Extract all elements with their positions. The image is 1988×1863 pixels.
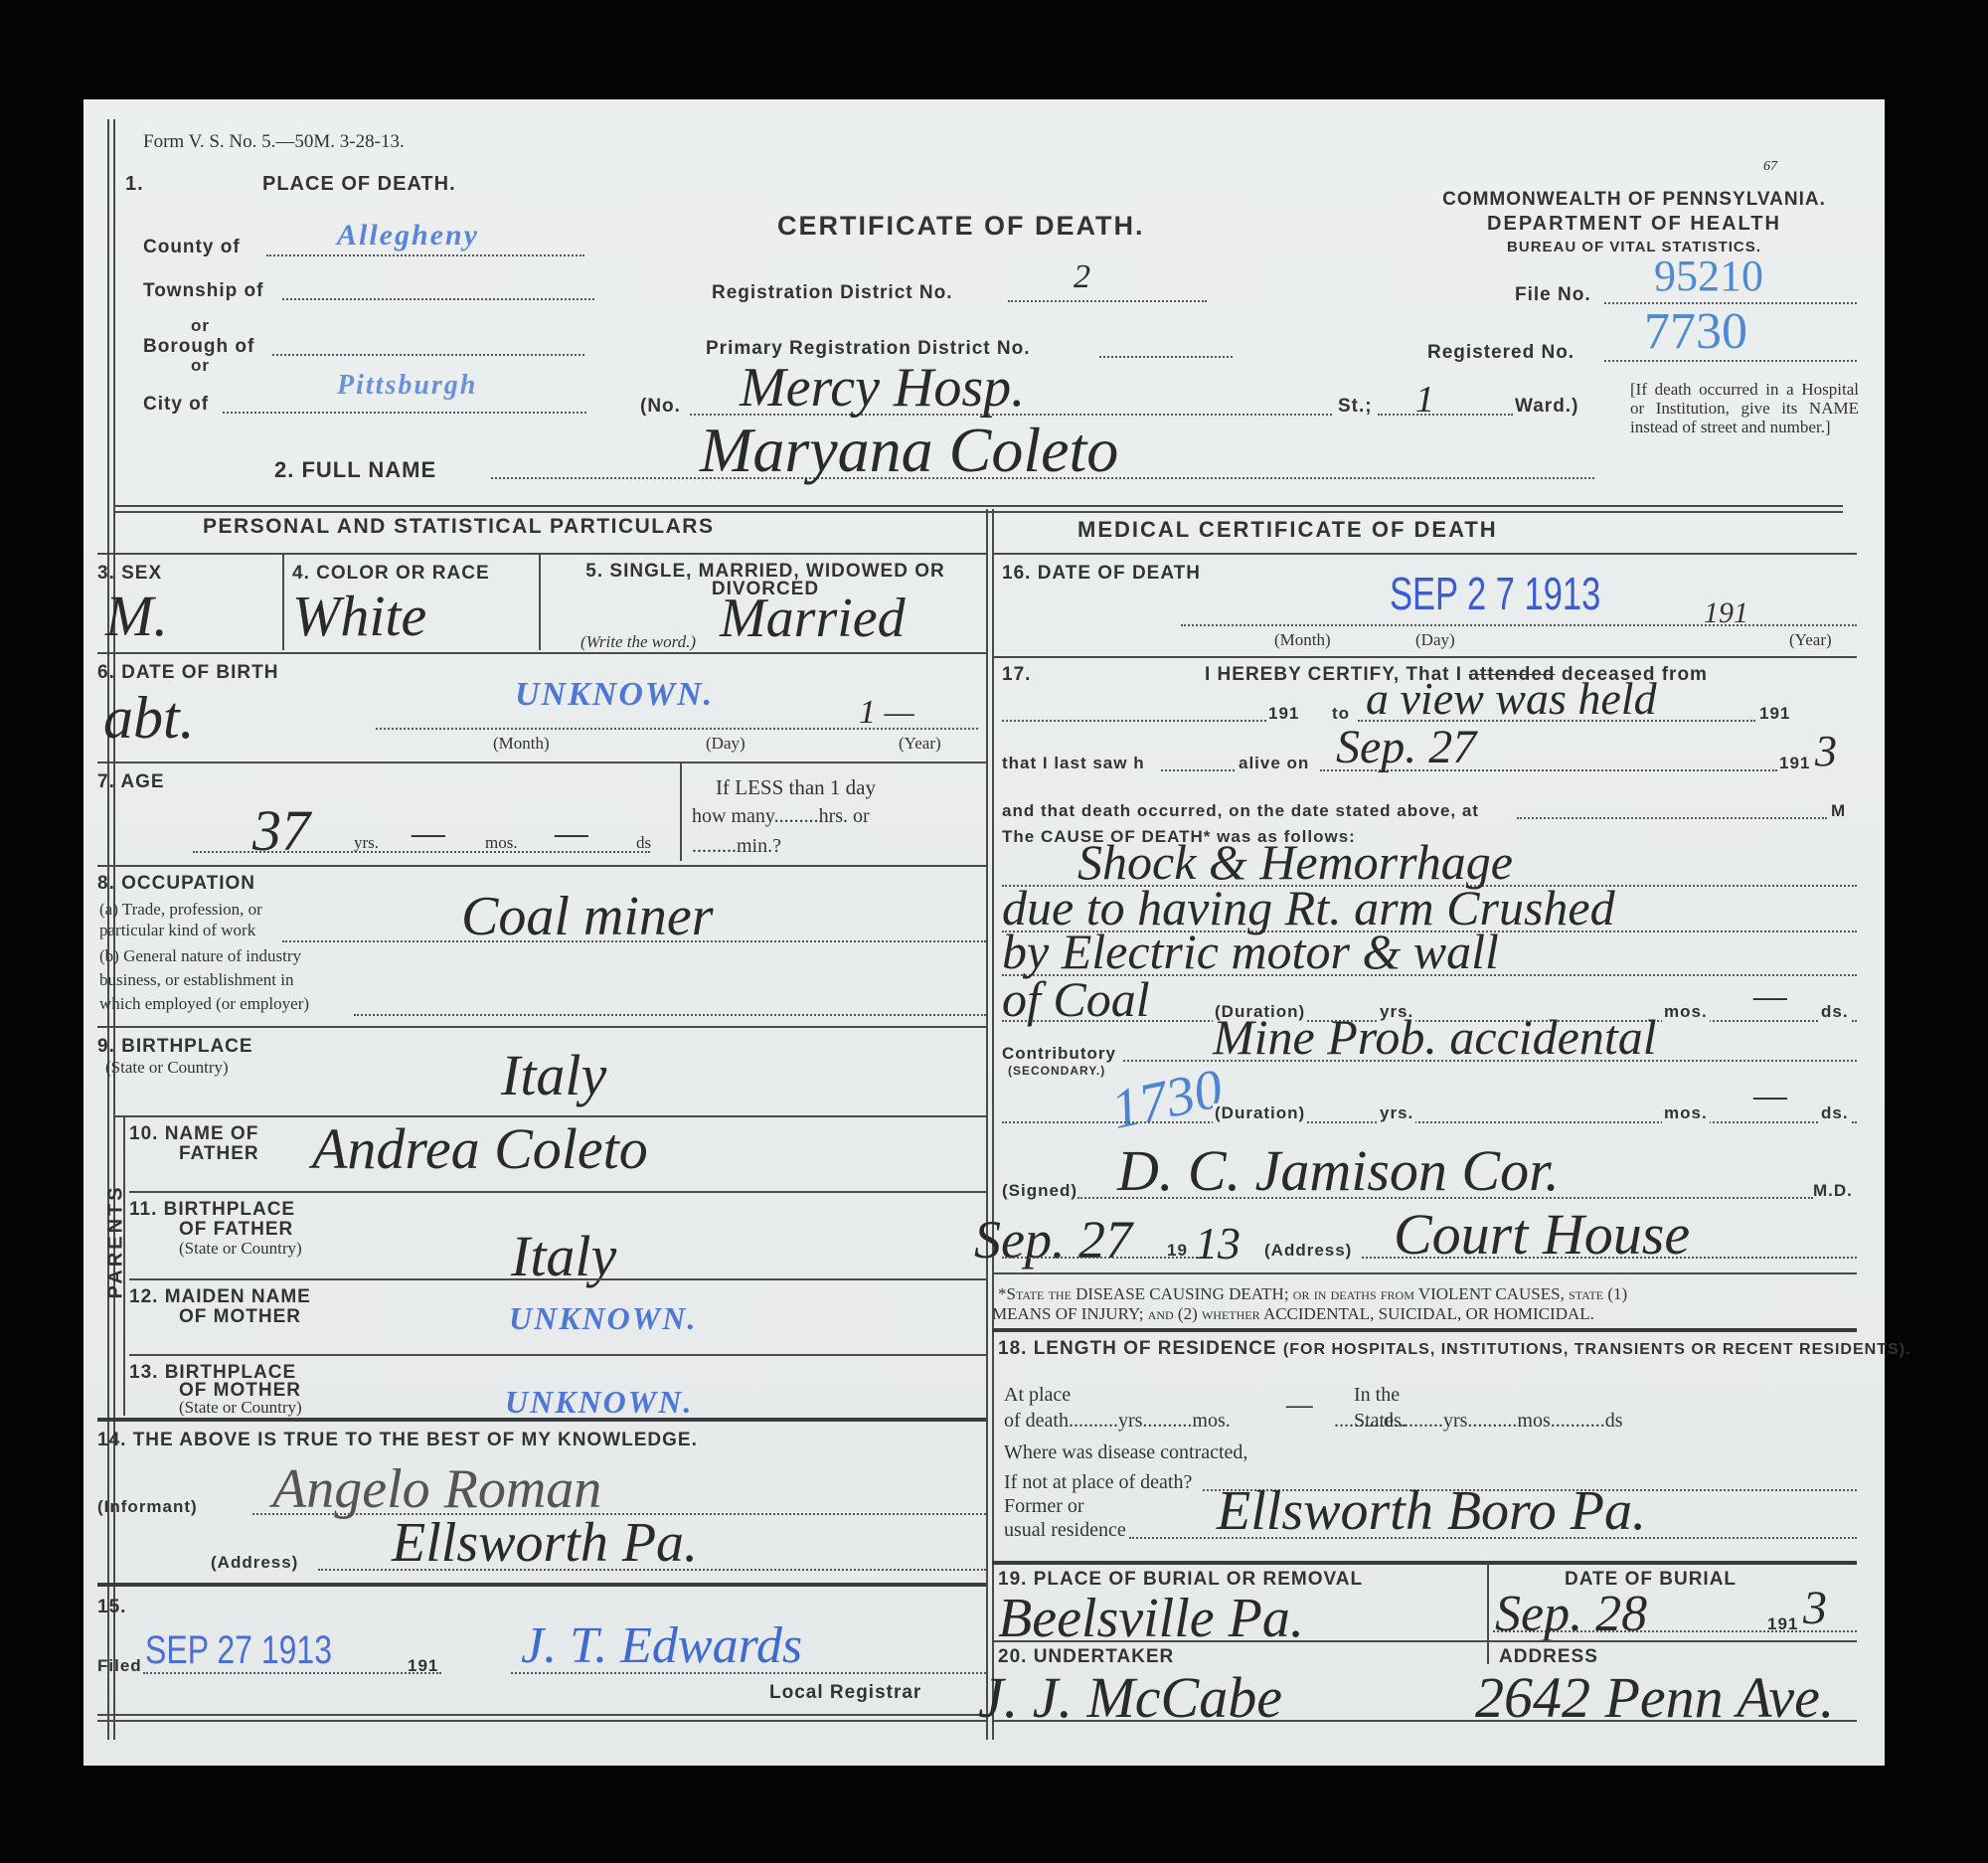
certify-number: 17. bbox=[1002, 664, 1031, 686]
sex-label: 3. SEX bbox=[97, 563, 162, 585]
at-place-line-2: of death..........yrs..........mos. bbox=[1004, 1410, 1231, 1433]
last-saw-label: that I last saw h bbox=[1002, 754, 1145, 773]
divider bbox=[992, 1328, 1857, 1332]
dod-label: 16. DATE OF DEATH bbox=[1002, 563, 1201, 585]
burial-date-value: Sep. 28 bbox=[1495, 1585, 1647, 1643]
borough-line bbox=[272, 354, 584, 356]
full-name-label: 2. FULL NAME bbox=[274, 457, 436, 483]
md-label: M.D. bbox=[1813, 1181, 1853, 1201]
or-label: or bbox=[191, 316, 210, 336]
marital-hint: (Write the word.) bbox=[580, 632, 696, 652]
mother-name-stamp: UNKNOWN. bbox=[509, 1300, 697, 1337]
county-line bbox=[266, 254, 584, 256]
county-label: County of bbox=[143, 237, 241, 258]
father-bp-label-2: OF FATHER bbox=[179, 1219, 293, 1241]
cause-value-4: of Coal bbox=[1002, 970, 1150, 1028]
occupation-b-line-3: which employed (or employer) bbox=[99, 994, 309, 1014]
street-label: St.; bbox=[1338, 396, 1373, 418]
informant-address-value: Ellsworth Pa. bbox=[392, 1511, 698, 1575]
mother-name-label-2: OF MOTHER bbox=[179, 1306, 301, 1328]
divider bbox=[992, 553, 1857, 555]
secondary-label: (SECONDARY.) bbox=[1008, 1064, 1105, 1078]
city-line bbox=[223, 412, 586, 414]
dob-stamp: UNKNOWN. bbox=[515, 676, 714, 714]
last-saw-year: 3 bbox=[1815, 726, 1837, 776]
divider bbox=[1487, 1563, 1489, 1664]
dob-year-mark: 1 — bbox=[859, 694, 914, 732]
contrib-mos-value: — bbox=[1753, 1074, 1787, 1117]
registered-no-label: Registered No. bbox=[1427, 342, 1574, 364]
bureau-heading: BUREAU OF VITAL STATISTICS. bbox=[1425, 239, 1843, 255]
former-residence-1: Former or bbox=[1004, 1495, 1084, 1518]
footnote-line-1: *State the DISEASE CAUSING DEATH; or in … bbox=[998, 1284, 1627, 1304]
employer-line bbox=[354, 1014, 986, 1016]
duration-mos-value: — bbox=[1753, 974, 1787, 1018]
city-value: Pittsburgh bbox=[337, 370, 477, 402]
death-certificate: Form V. S. No. 5.—50M. 3-28-13. 1. PLACE… bbox=[83, 99, 1885, 1766]
place-of-death-heading: PLACE OF DEATH. bbox=[262, 173, 456, 196]
where-contracted-1: Where was disease contracted, bbox=[1004, 1441, 1247, 1464]
divider bbox=[113, 505, 1843, 507]
residence-note: (FOR HOSPITALS, INSTITUTIONS, TRANSIENTS… bbox=[1283, 1341, 1911, 1358]
street-value: Mercy Hosp. bbox=[740, 356, 1025, 420]
last-saw-date: Sep. 27 bbox=[1336, 720, 1476, 774]
registration-district-value: 2 bbox=[1074, 258, 1090, 296]
occurred-line bbox=[1517, 817, 1827, 819]
city-label: City of bbox=[143, 394, 209, 416]
commonwealth-heading: COMMONWEALTH OF PENNSYLVANIA. bbox=[1425, 189, 1843, 211]
mother-name-label-1: 12. MAIDEN NAME bbox=[129, 1286, 311, 1308]
divider bbox=[992, 1561, 1857, 1565]
at-place-line-1: At place bbox=[1004, 1384, 1071, 1407]
certificate-title: CERTIFICATE OF DEATH. bbox=[777, 211, 1144, 242]
ward-label: Ward.) bbox=[1515, 396, 1578, 418]
birthplace-hint: (State or Country) bbox=[105, 1058, 229, 1078]
filed-stamp: SEP 27 1913 bbox=[145, 1628, 332, 1673]
where-contracted-2: If not at place of death? bbox=[1004, 1471, 1192, 1494]
occupation-label: 8. OCCUPATION bbox=[97, 873, 255, 895]
age-ds-label: ds bbox=[636, 833, 651, 853]
divider bbox=[129, 1354, 986, 1356]
primary-district-line bbox=[1099, 356, 1233, 358]
informant-label: (Informant) bbox=[97, 1497, 198, 1517]
divider bbox=[992, 1640, 1857, 1642]
occupation-value: Coal miner bbox=[461, 885, 714, 948]
age-mos-label: mos. bbox=[485, 833, 518, 853]
divider bbox=[97, 1583, 986, 1587]
divider bbox=[113, 511, 1843, 513]
corner-mark: 67 bbox=[1763, 159, 1777, 175]
occupation-a-line-2: particular kind of work bbox=[99, 921, 255, 940]
signed-year-prefix: 19 bbox=[1167, 1241, 1188, 1261]
last-saw-line bbox=[1161, 769, 1235, 771]
dod-line bbox=[1181, 624, 1857, 626]
less-day-line-2: how many.........hrs. or bbox=[692, 805, 870, 828]
to-year: 191 bbox=[1759, 704, 1790, 724]
divider bbox=[129, 1278, 986, 1280]
informant-address-label: (Address) bbox=[211, 1553, 298, 1573]
dob-year-label: (Year) bbox=[899, 734, 941, 754]
dob-prefix: abt. bbox=[103, 684, 195, 753]
to-value: a view was held bbox=[1366, 672, 1657, 725]
contributory-value: Mine Prob. accidental bbox=[1213, 1008, 1657, 1066]
physician-address-label: (Address) bbox=[1264, 1241, 1352, 1261]
divider bbox=[129, 1191, 986, 1193]
from-line bbox=[1002, 720, 1266, 722]
former-residence-2: usual residence bbox=[1004, 1519, 1126, 1542]
department-heading: DEPARTMENT OF HEALTH bbox=[1425, 213, 1843, 236]
dod-day-label: (Day) bbox=[1415, 630, 1455, 650]
dob-month-label: (Month) bbox=[493, 734, 550, 754]
former-residence-value: Ellsworth Boro Pa. bbox=[1217, 1479, 1646, 1543]
footnote-line-2: MEANS OF INJURY; and (2) whether ACCIDEN… bbox=[992, 1304, 1594, 1324]
full-name-value: Maryana Coleto bbox=[700, 414, 1118, 487]
divider bbox=[680, 762, 682, 861]
divider bbox=[97, 553, 986, 555]
mother-bp-hint: (State or Country) bbox=[179, 1398, 302, 1418]
occurred-m: M bbox=[1831, 801, 1846, 821]
contrib-duration-label: (Duration) bbox=[1213, 1103, 1307, 1123]
age-label: 7. AGE bbox=[97, 771, 165, 793]
race-label: 4. COLOR OR RACE bbox=[292, 563, 490, 585]
section-1-number: 1. bbox=[125, 173, 144, 196]
contrib-yrs-label: yrs. bbox=[1378, 1103, 1415, 1123]
hospital-note: [If death occurred in a Hospital or Inst… bbox=[1630, 380, 1859, 436]
file-no-label: File No. bbox=[1515, 284, 1591, 306]
contrib-mos-label: mos. bbox=[1662, 1103, 1710, 1123]
county-value: Allegheny bbox=[337, 219, 479, 253]
divider bbox=[97, 1418, 986, 1422]
signed-date: Sep. 27 bbox=[974, 1209, 1132, 1270]
registered-no-value: 7730 bbox=[1644, 302, 1747, 361]
father-bp-hint: (State or Country) bbox=[179, 1239, 302, 1259]
contributory-label: Contributory bbox=[1002, 1044, 1116, 1064]
divider bbox=[539, 553, 541, 650]
column-divider bbox=[992, 509, 994, 1740]
physician-signature: D. C. Jamison Cor. bbox=[1117, 1137, 1560, 1204]
alive-on-label: alive on bbox=[1239, 754, 1309, 773]
divider bbox=[992, 1720, 1857, 1722]
dod-year-label: (Year) bbox=[1789, 630, 1832, 650]
occurred-text: and that death occurred, on the date sta… bbox=[1002, 801, 1479, 821]
divider bbox=[992, 1272, 1857, 1274]
or-label: or bbox=[191, 356, 210, 376]
age-months: — bbox=[412, 811, 445, 855]
age-days: — bbox=[555, 811, 588, 855]
duration-mos-label: mos. bbox=[1662, 1002, 1710, 1022]
borough-label: Borough of bbox=[143, 336, 254, 358]
father-name-label-1: 10. NAME OF bbox=[129, 1123, 258, 1145]
dod-year-prefix: 191 bbox=[1704, 596, 1748, 630]
duration-ds-label: ds. bbox=[1819, 1002, 1851, 1022]
file-no-value: 95210 bbox=[1654, 251, 1763, 301]
personal-heading: PERSONAL AND STATISTICAL PARTICULARS bbox=[203, 515, 714, 539]
dod-stamp: SEP 2 7 1913 bbox=[1390, 567, 1600, 620]
dob-label: 6. DATE OF BIRTH bbox=[97, 662, 278, 684]
occupation-b-line-1: (b) General nature of industry bbox=[99, 946, 301, 966]
ward-line bbox=[1378, 414, 1513, 416]
sex-value: M. bbox=[105, 583, 168, 649]
contrib-ds-label: ds. bbox=[1819, 1103, 1851, 1123]
contributory-duration-line bbox=[1002, 1121, 1857, 1123]
medical-heading: MEDICAL CERTIFICATE OF DEATH bbox=[1077, 517, 1498, 543]
residence-heading: 18. LENGTH OF RESIDENCE bbox=[998, 1338, 1277, 1359]
burial-year-prefix: 191 bbox=[1767, 1614, 1798, 1634]
father-bp-label-1: 11. BIRTHPLACE bbox=[129, 1199, 295, 1221]
last-saw-year-prefix: 191 bbox=[1779, 754, 1810, 773]
occupation-a-line-1: (a) Trade, profession, or bbox=[99, 899, 262, 921]
age-years: 37 bbox=[252, 797, 310, 864]
less-day-line-3: .........min.? bbox=[692, 835, 781, 858]
marital-value: Married bbox=[720, 587, 906, 650]
column-divider bbox=[986, 509, 988, 1740]
in-state-line-1: In the bbox=[1354, 1384, 1400, 1407]
section-15-number: 15. bbox=[97, 1597, 126, 1618]
race-value: White bbox=[292, 583, 426, 649]
ward-value: 1 bbox=[1415, 378, 1434, 422]
physician-address: Court House bbox=[1394, 1201, 1690, 1268]
registrar-label: Local Registrar bbox=[769, 1682, 921, 1704]
divider bbox=[97, 762, 986, 763]
form-id: Form V. S. No. 5.—50M. 3-28-13. bbox=[143, 131, 405, 153]
divider bbox=[97, 865, 986, 867]
informant-heading: 14. THE ABOVE IS TRUE TO THE BEST OF MY … bbox=[97, 1430, 698, 1451]
blue-annotation: 1730 bbox=[1106, 1057, 1229, 1142]
dob-day-label: (Day) bbox=[706, 734, 745, 754]
less-day-line-1: If LESS than 1 day bbox=[716, 775, 876, 800]
township-line bbox=[282, 298, 594, 300]
signed-year: 13 bbox=[1195, 1217, 1241, 1270]
birthplace-value: Italy bbox=[501, 1042, 606, 1108]
divider bbox=[97, 1026, 986, 1028]
dod-month-label: (Month) bbox=[1274, 630, 1331, 650]
from-year: 191 bbox=[1268, 704, 1299, 724]
parents-side-label: PARENTS bbox=[105, 1190, 128, 1299]
divider bbox=[97, 1720, 986, 1722]
registrar-signature: J. T. Edwards bbox=[521, 1616, 802, 1675]
father-name-value: Andrea Coleto bbox=[312, 1115, 648, 1182]
residence-label: 18. LENGTH OF RESIDENCE (FOR HOSPITALS, … bbox=[998, 1338, 1910, 1360]
at-place-ds-value: — bbox=[1286, 1388, 1313, 1422]
registration-district-line bbox=[1008, 300, 1207, 302]
divider bbox=[282, 553, 284, 650]
birthplace-label: 9. BIRTHPLACE bbox=[97, 1036, 253, 1058]
signed-label: (Signed) bbox=[1002, 1181, 1077, 1201]
mother-bp-stamp: UNKNOWN. bbox=[505, 1384, 693, 1421]
father-name-label-2: FATHER bbox=[179, 1143, 259, 1165]
divider bbox=[97, 652, 986, 654]
occupation-b-line-2: business, or establishment in bbox=[99, 970, 293, 990]
divider bbox=[97, 1714, 986, 1716]
burial-year: 3 bbox=[1803, 1581, 1827, 1635]
township-label: Township of bbox=[143, 280, 263, 302]
age-yrs-label: yrs. bbox=[354, 833, 379, 853]
divider bbox=[992, 656, 1857, 658]
filed-year-prefix: 191 bbox=[408, 1656, 438, 1676]
street-no-label: (No. bbox=[640, 396, 681, 418]
filed-label: Filed bbox=[97, 1656, 142, 1676]
registration-district-label: Registration District No. bbox=[712, 282, 952, 304]
in-state-line-2: State..........yrs..........mos.........… bbox=[1354, 1410, 1623, 1433]
